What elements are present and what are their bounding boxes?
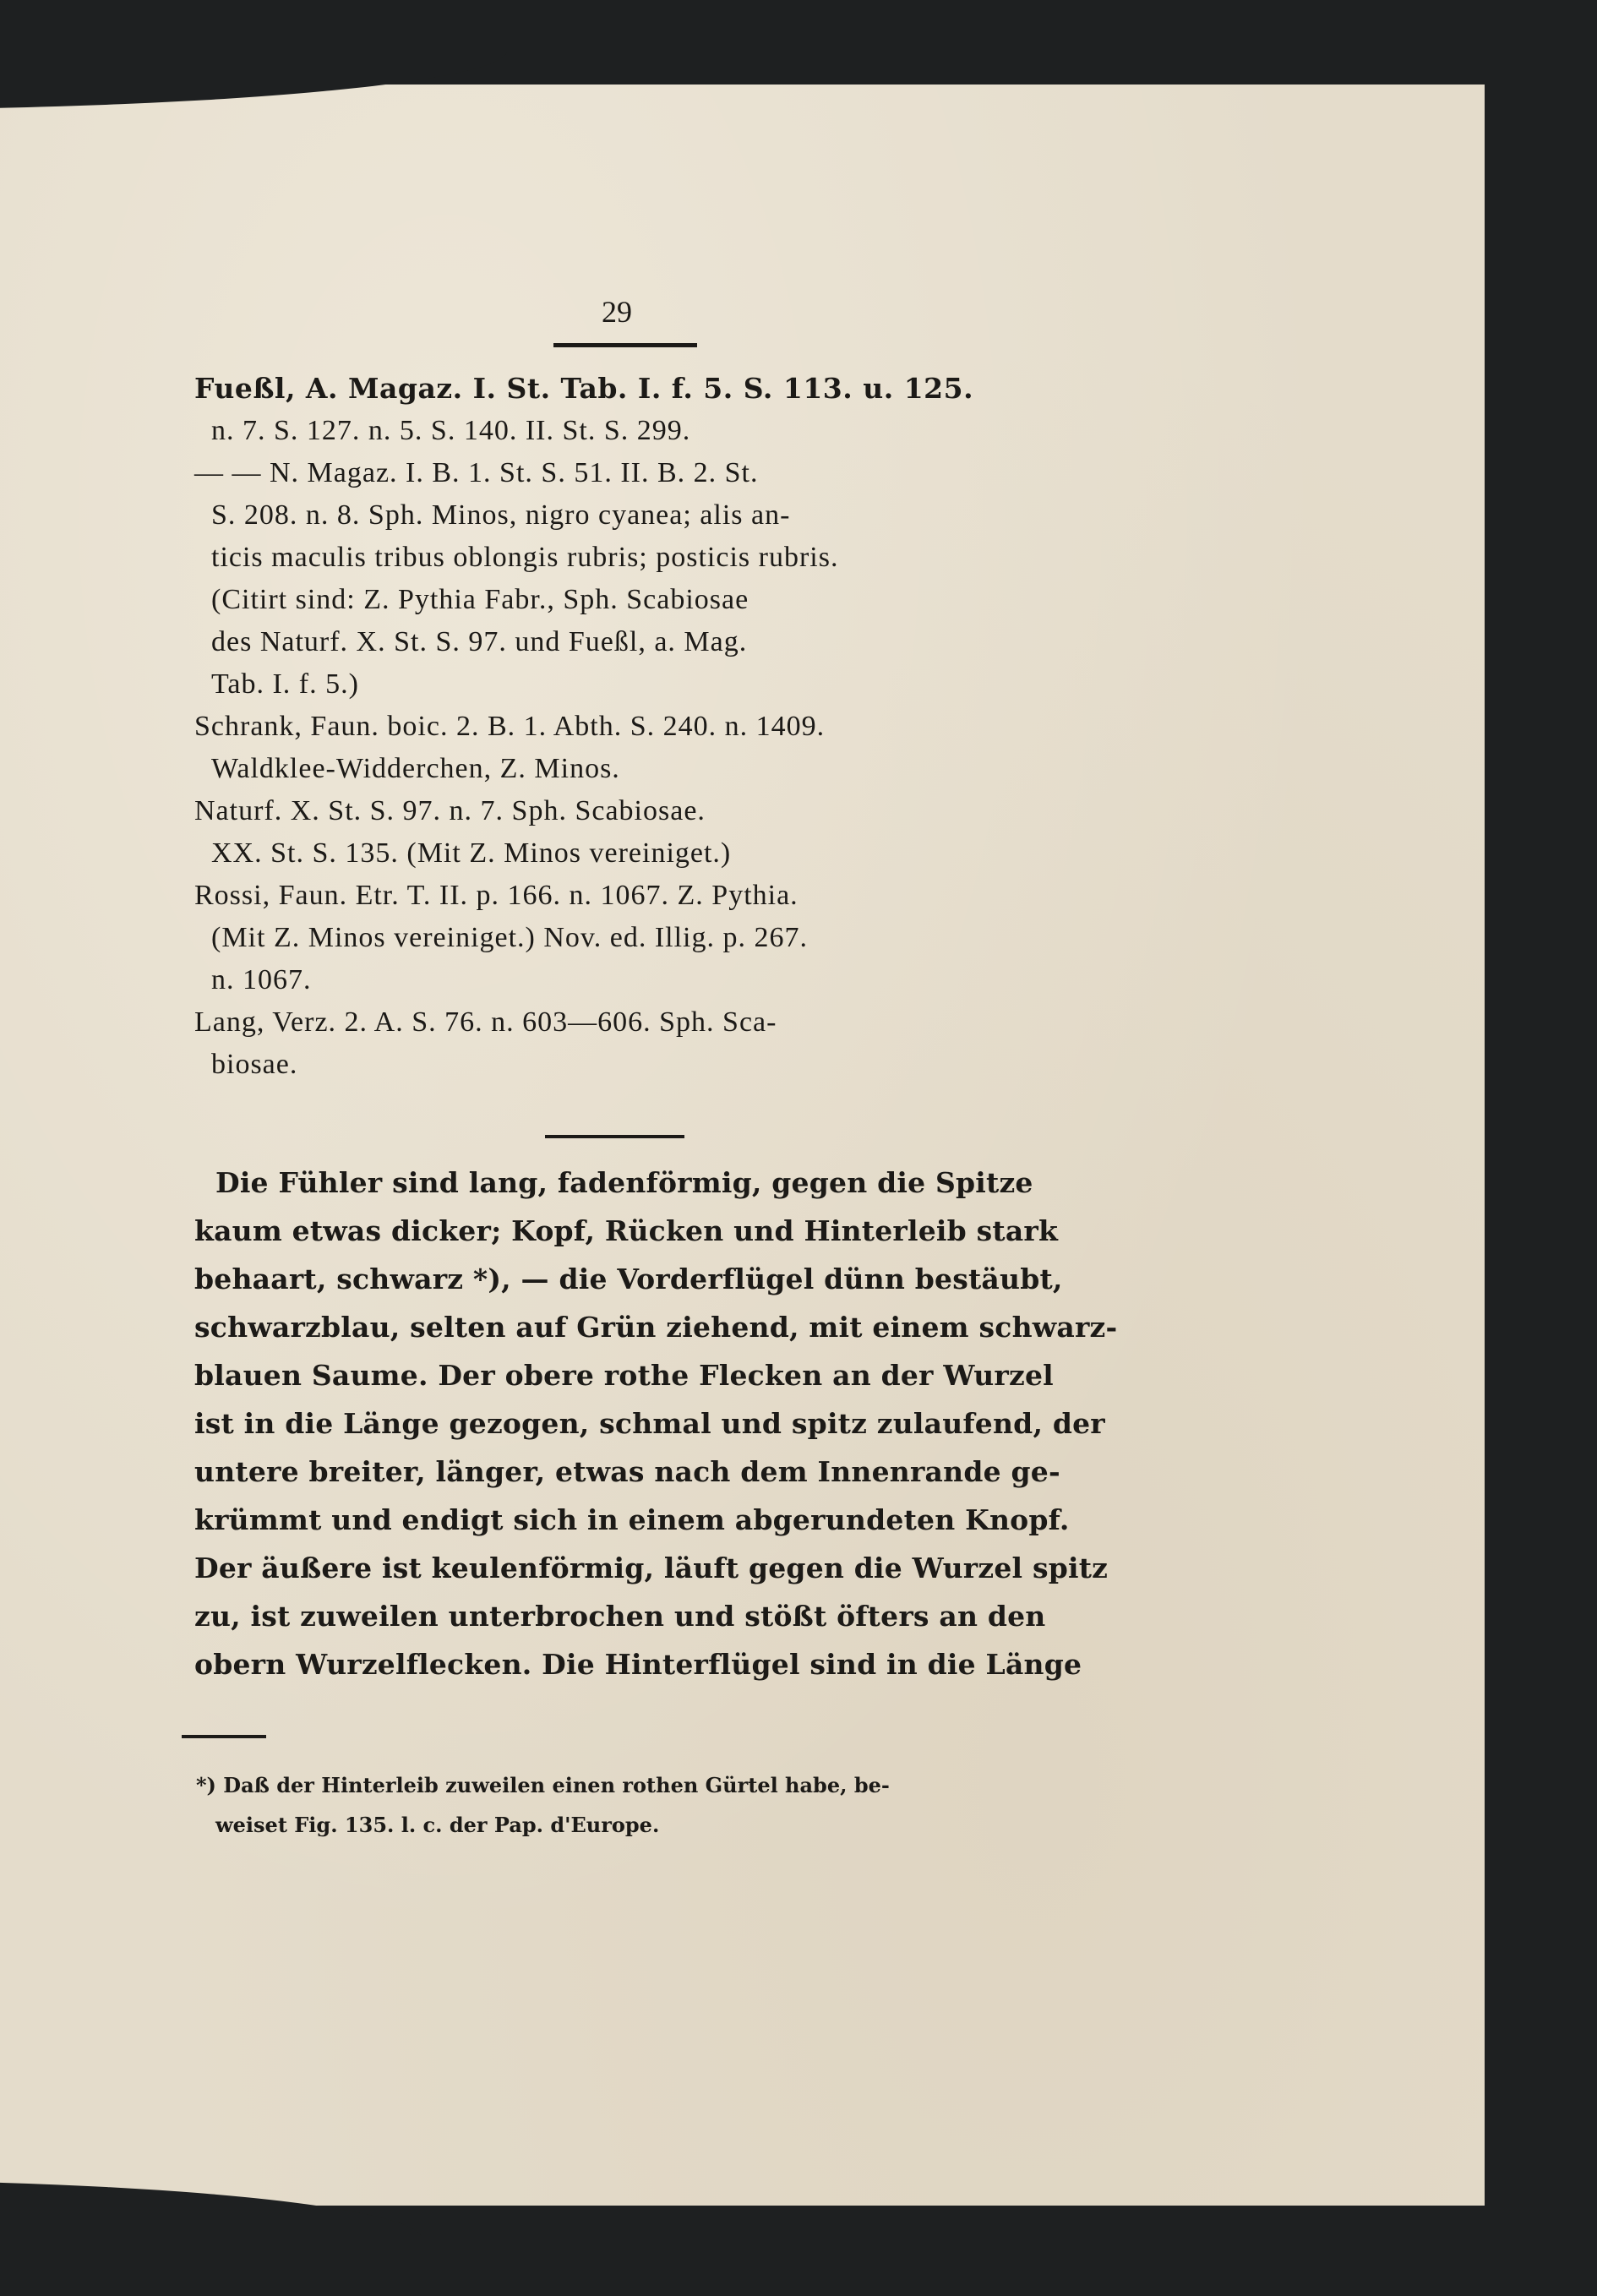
body-line: ist in die Länge gezogen, schmal und spi… <box>194 1407 1105 1441</box>
body-line: untere breiter, länger, etwas nach dem I… <box>194 1455 1060 1489</box>
body-line: Die Fühler sind lang, fadenförmig, gegen… <box>215 1166 1033 1200</box>
page-curl-bottom <box>0 2180 422 2239</box>
body-line: obern Wurzelflecken. Die Hinterflügel si… <box>194 1648 1082 1682</box>
reference-line: (Mit Z. Minos vereiniget.) Nov. ed. Illi… <box>211 921 808 955</box>
body-line: schwarzblau, selten auf Grün ziehend, mi… <box>194 1311 1117 1344</box>
book-page: 29 Fueßl, A. Magaz. I. St. Tab. I. f. 5.… <box>0 85 1485 2206</box>
reference-line: Waldklee-Widderchen, Z. Minos. <box>211 752 620 786</box>
reference-line: Naturf. X. St. S. 97. n. 7. Sph. Scabios… <box>194 794 706 828</box>
reference-line: Rossi, Faun. Etr. T. II. p. 166. n. 1067… <box>194 879 798 913</box>
body-line: zu, ist zuweilen unterbrochen und stößt … <box>194 1600 1046 1633</box>
body-line: kaum etwas dicker; Kopf, Rücken und Hint… <box>194 1214 1058 1248</box>
reference-line: Tab. I. f. 5.) <box>211 668 359 701</box>
reference-line: biosae. <box>211 1048 297 1082</box>
page-number: 29 <box>602 294 632 330</box>
reference-line: Fueßl, A. Magaz. I. St. Tab. I. f. 5. S.… <box>194 372 973 406</box>
reference-line: — — N. Magaz. I. B. 1. St. S. 51. II. B.… <box>194 456 759 490</box>
reference-line: (Citirt sind: Z. Pythia Fabr., Sph. Scab… <box>211 583 749 617</box>
reference-line: XX. St. S. 135. (Mit Z. Minos vereiniget… <box>211 837 731 870</box>
section-divider <box>545 1135 684 1138</box>
reference-line: n. 1067. <box>211 963 312 997</box>
reference-line: des Naturf. X. St. S. 97. und Fueßl, a. … <box>211 625 747 659</box>
body-line: behaart, schwarz *), — die Vorderflügel … <box>194 1263 1063 1296</box>
body-line: krümmt und endigt sich in einem abgerund… <box>194 1503 1070 1537</box>
page-curl-top <box>0 51 507 110</box>
reference-line: Lang, Verz. 2. A. S. 76. n. 603—606. Sph… <box>194 1006 777 1039</box>
footnote-line: *) Daß der Hinterleib zuweilen einen rot… <box>196 1772 890 1799</box>
body-line: Der äußere ist keulenförmig, läuft gegen… <box>194 1552 1108 1585</box>
footnote-rule <box>182 1735 266 1738</box>
reference-line: ticis maculis tribus oblongis rubris; po… <box>211 541 838 575</box>
body-line: blauen Saume. Der obere rothe Flecken an… <box>194 1359 1054 1393</box>
footnote-line: weiset Fig. 135. l. c. der Pap. d'Europe… <box>215 1812 659 1839</box>
reference-line: n. 7. S. 127. n. 5. S. 140. II. St. S. 2… <box>211 414 690 448</box>
reference-line: Schrank, Faun. boic. 2. B. 1. Abth. S. 2… <box>194 710 825 744</box>
reference-line: S. 208. n. 8. Sph. Minos, nigro cyanea; … <box>211 499 790 532</box>
header-rule <box>553 343 697 347</box>
